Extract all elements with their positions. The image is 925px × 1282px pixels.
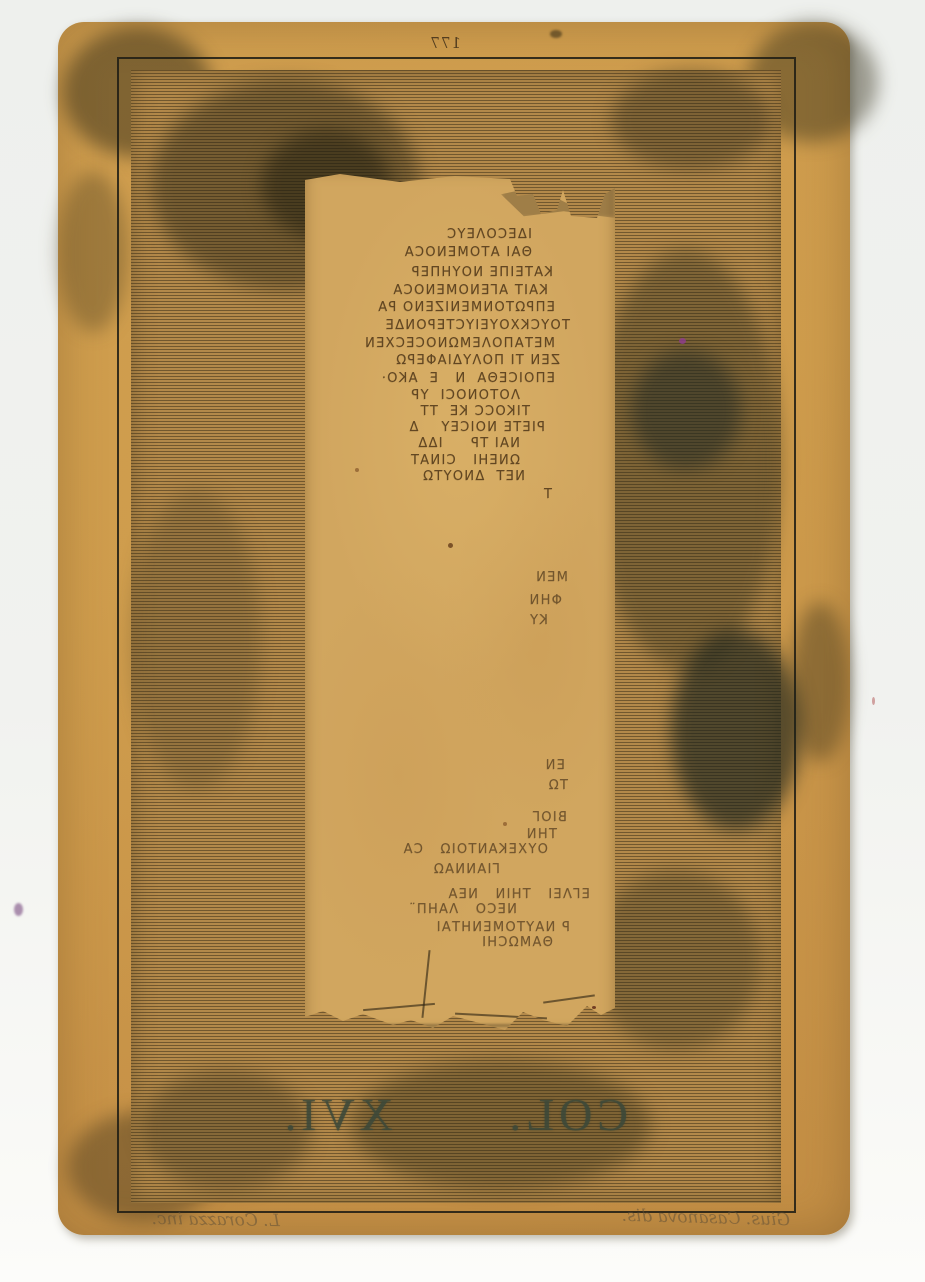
- greek-text-line: ΕΓΛΕΙ ΤΗΙΝ ΝΕΑ: [447, 887, 590, 902]
- greek-text-line: Ρ ΝΑΥΤΟΜΕΝΗΤΑΙ: [435, 920, 570, 935]
- column-label: COL.: [505, 1088, 629, 1141]
- column-numeral: XVI.: [280, 1088, 393, 1141]
- greek-text-line: ΡΙΕΤΕ ΝΟΙСΕΥ Δ: [408, 420, 545, 435]
- stain: [591, 870, 761, 1050]
- greek-text-line: ΜΕΝ: [535, 570, 568, 585]
- greek-text-line: ΘΑΜΩСΗΙ: [481, 935, 553, 950]
- greek-text-block: ΙΔΕСΟΛΕΥС ΘΑΙ ΑΤΟΜΕΝΟСΑ ΚΑΤΕΙΠΕ ΝΟΥΗΠΕΡ …: [305, 170, 615, 1035]
- greek-text-line: ΚΥ: [529, 613, 548, 628]
- plate-number-strip: 177: [58, 30, 850, 66]
- greek-text-line: ΒΙΟΓ: [532, 810, 567, 825]
- greek-text-line: ΕΠΡΩΤΟΝΜΕΝΙΖΕΝΟ ΡΑ: [377, 300, 555, 315]
- greek-text-line: ΩΝΕΗΙ СΙΝΑΤ: [410, 453, 520, 468]
- copper-plate: ΙΔΕСΟΛΕΥС ΘΑΙ ΑΤΟΜΕΝΟСΑ ΚΑΤΕΙΠΕ ΝΟΥΗΠΕΡ …: [58, 22, 850, 1235]
- greek-text-line: ΚΑΙΤ ΑΓΕΝΟΜΕΝΟСΑ: [392, 283, 548, 298]
- stain: [671, 630, 801, 830]
- plate-number: 177: [429, 34, 461, 52]
- greek-text-line: ΤΗΝ: [526, 827, 557, 842]
- draughtsman-credit: Gius. Casanova dis.: [621, 1206, 790, 1230]
- backdrop-speck: [872, 697, 875, 705]
- credits-strip: Gius. Casanova dis. L. Corazza inc.: [58, 1202, 850, 1250]
- greek-text-line: ΛΟΤΟΝΟСΙ ΥΡ: [410, 388, 520, 403]
- backdrop-speck: [14, 903, 23, 916]
- engraver-credit: L. Corazza inc.: [151, 1209, 280, 1231]
- greek-text-line: ΤΩ: [548, 778, 568, 793]
- photo-backdrop: ΙΔΕСΟΛΕΥС ΘΑΙ ΑΤΟΜΕΝΟСΑ ΚΑΤΕΙΠΕ ΝΟΥΗΠΕΡ …: [0, 0, 925, 1282]
- stain: [611, 70, 771, 170]
- stain: [131, 490, 261, 790]
- greek-text-line: ΝΕΤ ΔΝΟΥΤΩ: [422, 469, 525, 484]
- greek-text-line: ΕΠΟΙСΕΘΑ Ν Ε ΑΚΟ·: [381, 371, 555, 386]
- greek-text-line: ΟΥΧΕΚΑΝΤΟΙΩ СΑ: [402, 842, 548, 857]
- greek-text-line: ΕΝ: [544, 758, 565, 773]
- column-caption-strip: COL. XVI.: [131, 1084, 781, 1154]
- greek-text-line: ΓΙΑΝΝΑΩ: [433, 862, 500, 877]
- greek-text-line: ΖΕΝ ΤΙ ΠΟΛΥΔΙΑΦΕΡΩ: [395, 353, 560, 368]
- greek-text-line: ΤΟΥСΚΧΟΥΕΙΥСΤΕΡΟΝΔΕ: [384, 318, 570, 333]
- greek-text-line: ΝΕСΟ ΛΑΗΠ¨: [408, 902, 517, 917]
- greek-text-line: ΝΑΙ ΤΡ ΙΔΔ: [417, 436, 520, 451]
- stain: [679, 338, 686, 344]
- greek-text-line: Τ: [543, 487, 552, 502]
- greek-text-line: ΤΙΚΟСС ΚΕ ΤΤ: [419, 404, 530, 419]
- greek-text-line: ΜΕΤΑΠΟΛΕΜΩΝΟСΕСΧΕΝ: [364, 336, 555, 351]
- stain: [631, 350, 741, 470]
- greek-text-line: ΘΑΙ ΑΤΟΜΕΝΟСΑ: [404, 245, 532, 260]
- greek-text-line: ΦΗΝ: [528, 593, 562, 608]
- greek-text-line: ΙΔΕСΟΛΕΥС: [446, 227, 532, 242]
- greek-text-line: ΚΑΤΕΙΠΕ ΝΟΥΗΠΕΡ: [410, 265, 553, 280]
